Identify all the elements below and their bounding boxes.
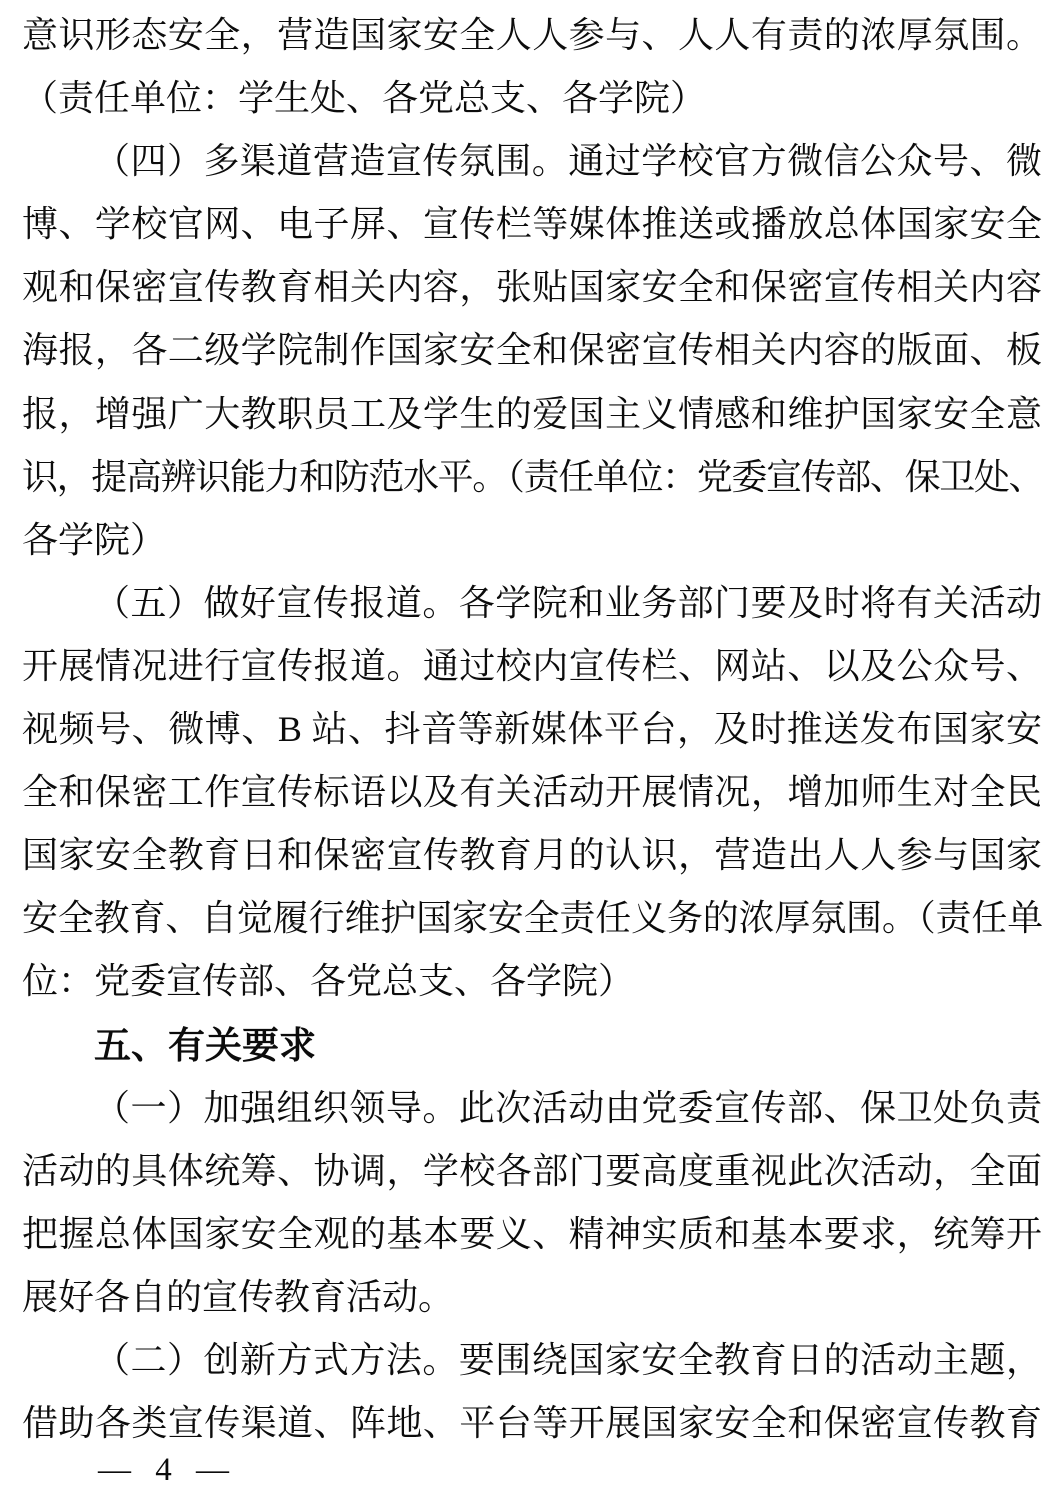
page-number: — 4 —: [98, 1448, 232, 1492]
text-line: 把握总体国家安全观的基本要义、精神实质和基本要求，统筹开: [22, 1203, 1042, 1266]
text-line: 国家安全教育日和保密宣传教育月的认识，营造出人人参与国家: [22, 824, 1042, 887]
responsible-unit-line: （责任单位：学生处、各党总支、各学院）: [22, 67, 1042, 130]
text-line: 博、学校官网、电子屏、宣传栏等媒体推送或播放总体国家安全: [22, 193, 1042, 256]
text-line: 报，增强广大教职员工及学生的爱国主义情感和维护国家安全意: [22, 383, 1042, 446]
text-line: 海报，各二级学院制作国家安全和保密宣传相关内容的版面、板: [22, 319, 1042, 382]
paragraph-5-lead-line: （五）做好宣传报道。各学院和业务部门要及时将有关活动: [22, 572, 1042, 635]
document-body: 意识形态安全，营造国家安全人人参与、人人有责的浓厚氛围。 （责任单位：学生处、各…: [22, 4, 1042, 1455]
text-line: 借助各类宣传渠道、阵地、平台等开展国家安全和保密宣传教育: [22, 1392, 1042, 1455]
paragraph-4-lead-line: （四）多渠道营造宣传氛围。通过学校官方微信公众号、微: [22, 130, 1042, 193]
text-line: 展好各自的宣传教育活动。: [22, 1266, 1042, 1329]
text-line: 观和保密宣传教育相关内容，张贴国家安全和保密宣传相关内容: [22, 256, 1042, 319]
requirement-1-lead-line: （一）加强组织领导。此次活动由党委宣传部、保卫处负责: [22, 1077, 1042, 1140]
text-line: 全和保密工作宣传标语以及有关活动开展情况，增加师生对全民: [22, 761, 1042, 824]
text-line: 活动的具体统筹、协调，学校各部门要高度重视此次活动，全面: [22, 1140, 1042, 1203]
text-line: 意识形态安全，营造国家安全人人参与、人人有责的浓厚氛围。: [22, 4, 1042, 67]
responsible-unit-line: 位：党委宣传部、各党总支、各学院）: [22, 950, 1042, 1013]
text-line: 各学院）: [22, 509, 1042, 572]
requirement-2-lead-line: （二）创新方式方法。要围绕国家安全教育日的活动主题，: [22, 1329, 1042, 1392]
text-line: 开展情况进行宣传报道。通过校内宣传栏、网站、以及公众号、: [22, 635, 1042, 698]
text-line: 识，提高辨识能力和防范水平。（责任单位：党委宣传部、保卫处、: [22, 446, 1042, 509]
text-line: 安全教育、自觉履行维护国家安全责任义务的浓厚氛围。（责任单: [22, 887, 1042, 950]
document-page: 意识形态安全，营造国家安全人人参与、人人有责的浓厚氛围。 （责任单位：学生处、各…: [0, 0, 1051, 1504]
section-heading-requirements: 五、有关要求: [22, 1014, 1042, 1077]
text-line: 视频号、微博、B 站、抖音等新媒体平台，及时推送发布国家安: [22, 698, 1042, 761]
